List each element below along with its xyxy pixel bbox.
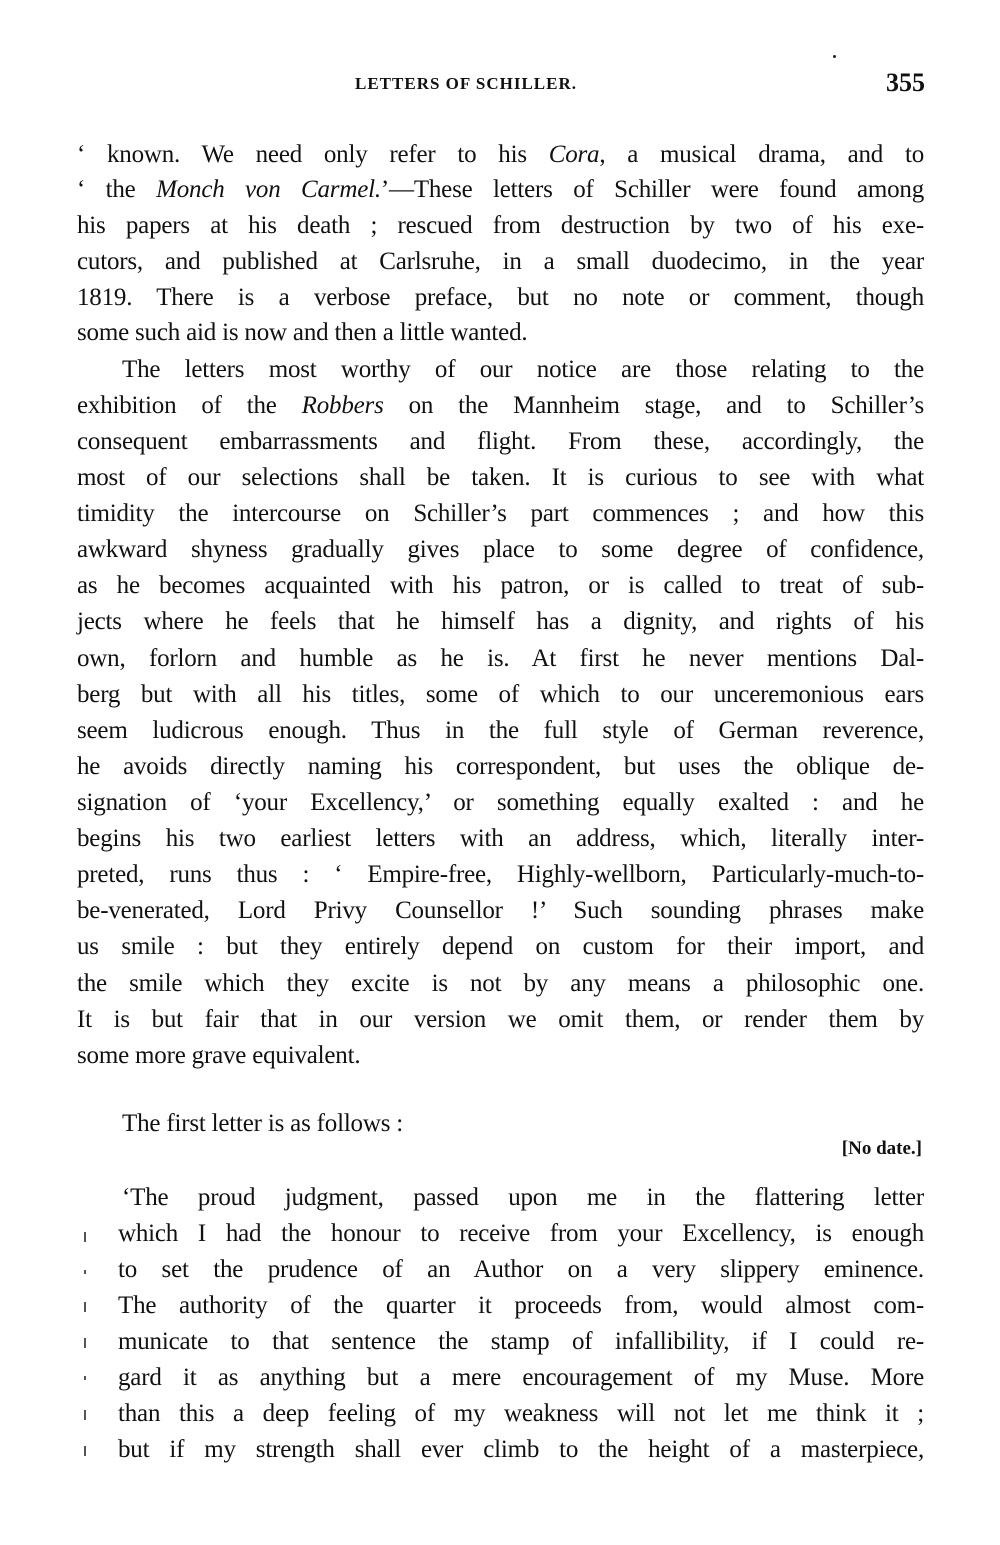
- italic-title-robbers: Robbers: [302, 392, 384, 419]
- text-run: on the Mannheim stage, and to Schiller’s: [384, 392, 924, 419]
- text-line: It is but fair that in our version we om…: [77, 1002, 924, 1038]
- text-line: ‘ the Monch von Carmel.’—These letters o…: [77, 172, 924, 208]
- text-line: ‘The proud judgment, passed upon me in t…: [122, 1180, 924, 1216]
- text-line: own, forlorn and humble as he is. At fir…: [77, 641, 924, 677]
- text-line: which I had the honour to receive from y…: [118, 1216, 924, 1252]
- text-run: exhibition of the: [77, 392, 302, 419]
- text-line: jects where he feels that he himself has…: [77, 604, 924, 640]
- text-line: his papers at his death ; rescued from d…: [77, 208, 924, 244]
- text-line: to set the prudence of an Author on a ve…: [118, 1252, 924, 1288]
- margin-mark: [84, 1446, 86, 1456]
- margin-mark: [84, 1270, 86, 1274]
- text-line: The letters most worthy of our notice ar…: [122, 352, 924, 388]
- italic-title-monch-von-carmel: Monch von Carmel.: [156, 176, 381, 203]
- running-title: LETTERS OF SCHILLER.: [355, 74, 577, 94]
- text-line: exhibition of the Robbers on the Mannhei…: [77, 388, 924, 424]
- text-line: preted, runs thus : ‘ Empire-free, Highl…: [77, 857, 924, 893]
- text-line: ‘ known. We need only refer to his Cora,…: [77, 137, 924, 173]
- text-line: consequent embarrassments and flight. Fr…: [77, 424, 924, 460]
- text-line: but if my strength shall ever climb to t…: [118, 1432, 924, 1468]
- text-line: seem ludicrous enough. Thus in the full …: [77, 713, 924, 749]
- text-line: municate to that sentence the stamp of i…: [118, 1324, 924, 1360]
- italic-title-cora: Cora: [549, 141, 600, 168]
- scan-speck: [833, 55, 836, 58]
- date-note: [No date.]: [842, 1138, 922, 1160]
- text-line: berg but with all his titles, some of wh…: [77, 677, 924, 713]
- text-line: than this a deep feeling of my weakness …: [118, 1396, 924, 1432]
- margin-mark: [84, 1410, 86, 1420]
- page-number: 355: [886, 68, 925, 98]
- text-run: , a musical drama, and to: [599, 141, 924, 168]
- text-line: 1819. There is a verbose preface, but no…: [77, 280, 924, 316]
- text-line: most of our selections shall be taken. I…: [77, 460, 924, 496]
- text-line: The authority of the quarter it proceeds…: [118, 1288, 924, 1324]
- text-line: be-venerated, Lord Privy Counsellor !’ S…: [77, 893, 924, 929]
- text-line: he avoids directly naming his correspond…: [77, 749, 924, 785]
- text-line: some more grave equivalent.: [77, 1038, 924, 1074]
- text-line: signation of ‘your Excellency,’ or somet…: [77, 785, 924, 821]
- margin-mark: [84, 1302, 86, 1312]
- text-line: timidity the intercourse on Schiller’s p…: [77, 496, 924, 532]
- running-header: LETTERS OF SCHILLER. 355: [355, 74, 925, 104]
- text-line: begins his two earliest letters with an …: [77, 821, 924, 857]
- text-line: awkward shyness gradually gives place to…: [77, 532, 924, 568]
- text-line: some such aid is now and then a little w…: [77, 315, 924, 351]
- text-line: as he becomes acquainted with his patron…: [77, 568, 924, 604]
- margin-mark: [84, 1232, 86, 1242]
- margin-mark: [84, 1338, 86, 1348]
- text-run: ’—These letters of Schiller were found a…: [381, 176, 924, 203]
- intro-line: The first letter is as follows :: [122, 1106, 924, 1142]
- text-line: gard it as anything but a mere encourage…: [118, 1360, 924, 1396]
- text-run: ‘ the: [77, 176, 156, 203]
- text-line: us smile : but they entirely depend on c…: [77, 929, 924, 965]
- text-line: cutors, and published at Carlsruhe, in a…: [77, 244, 924, 280]
- margin-mark: [84, 1376, 86, 1380]
- text-run: ‘ known. We need only refer to his: [77, 141, 549, 168]
- book-page: LETTERS OF SCHILLER. 355 ‘ known. We nee…: [0, 0, 1000, 1545]
- text-line: the smile which they excite is not by an…: [77, 966, 924, 1002]
